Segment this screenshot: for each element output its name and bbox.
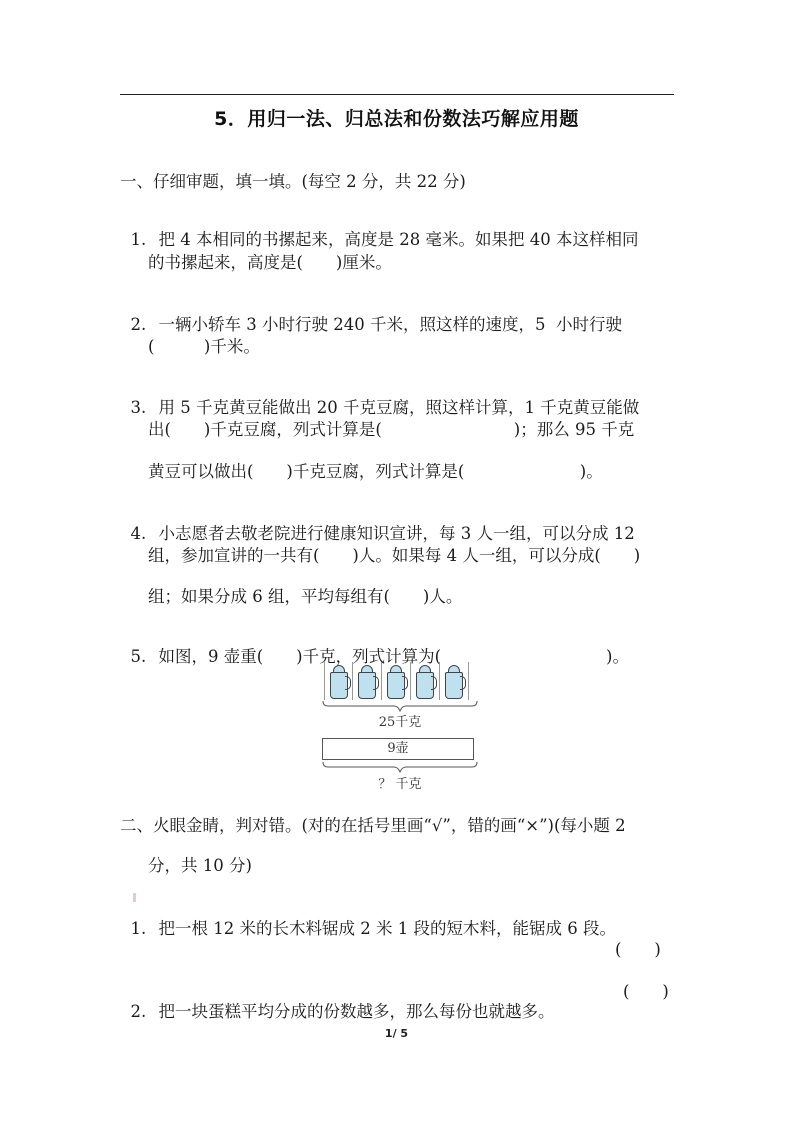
question-4-line-1: 4.小志愿者去敬老院进行健康知识宣讲，每 3 人一组，可以分成 12: [120, 504, 635, 544]
page-indicator: 1/ 5: [0, 1027, 793, 1040]
jug-icon: [382, 662, 411, 700]
unknown-weight-label: ？ 千克: [320, 773, 480, 792]
answer-parens-2[interactable]: ( ): [623, 982, 669, 1002]
question-number: 2.: [131, 1002, 159, 1022]
question-2-line-2[interactable]: ( )千米。: [148, 337, 260, 357]
question-4-line-2[interactable]: 组，参加宣讲的一共有( )人。如果每 4 人一组，可以分成( ): [148, 546, 640, 566]
jugs-figure: 25千克 9壶 ？ 千克: [320, 662, 480, 797]
jug-icon: [324, 662, 353, 700]
question-text: 一辆小轿车 3 小时行驶 240 千米，照这样的速度，5 小时行驶: [159, 315, 622, 334]
question-number: 3.: [131, 398, 159, 418]
section-2-heading: 二、火眼金睛，判对错。(对的在括号里画“√”，错的画“×”)(每小题 2: [120, 816, 626, 836]
judge-question-1: 1.把一根 12 米的长木料锯成 2 米 1 段的短木料，能锯成 6 段。: [120, 899, 616, 939]
nine-jugs-box: 9壶: [322, 738, 474, 760]
question-3-line-1: 3.用 5 千克黄豆能做出 20 千克豆腐，照这样计算，1 千克黄豆能做: [120, 378, 639, 418]
question-1-line-2[interactable]: 的书摞起来，高度是( )厘米。: [148, 253, 392, 273]
question-2-line-1: 2.一辆小轿车 3 小时行驶 240 千米，照这样的速度，5 小时行驶: [120, 295, 622, 335]
judge-question-2: 2.把一块蛋糕平均分成的份数越多，那么每份也就越多。: [120, 982, 555, 1022]
question-4-line-3[interactable]: 组；如果分成 6 组，平均每组有( )人。: [148, 587, 462, 607]
question-text: 把 4 本相同的书摞起来，高度是 28 毫米。如果把 40 本这样相同: [159, 230, 639, 249]
section-2-heading-cont: 分，共 10 分): [148, 856, 252, 876]
question-number: 1.: [131, 230, 159, 250]
section-1-heading: 一、仔细审题，填一填。(每空 2 分，共 22 分): [120, 172, 466, 192]
jug-icon: [411, 662, 440, 700]
question-3-line-2[interactable]: 出( )千克豆腐，列式计算是( )；那么 95 千克: [148, 420, 634, 440]
jug-icon: [440, 662, 469, 700]
question-5-line-1[interactable]: 5.如图，9 壶重( )千克，列式计算为( )。: [120, 627, 629, 667]
jug-icon: [353, 662, 382, 700]
answer-parens-1[interactable]: ( ): [615, 940, 661, 960]
question-text: 把一根 12 米的长木料锯成 2 米 1 段的短木料，能锯成 6 段。: [159, 919, 616, 938]
question-text: 把一块蛋糕平均分成的份数越多，那么每份也就越多。: [159, 1002, 555, 1021]
header-rule: [120, 94, 674, 95]
total-weight-label: 25千克: [320, 711, 480, 730]
brace-bottom-icon: [322, 761, 478, 773]
question-number: 5.: [131, 647, 159, 667]
question-number: 4.: [131, 524, 159, 544]
question-text: 小志愿者去敬老院进行健康知识宣讲，每 3 人一组，可以分成 12: [159, 524, 635, 543]
page-title: 5．用归一法、归总法和份数法巧解应用题: [0, 104, 793, 131]
question-number: 1.: [131, 919, 159, 939]
question-text: 用 5 千克黄豆能做出 20 千克豆腐，照这样计算，1 千克黄豆能做: [159, 398, 640, 417]
question-1-line-1: 1.把 4 本相同的书摞起来，高度是 28 毫米。如果把 40 本这样相同: [120, 210, 638, 250]
question-3-line-3[interactable]: 黄豆可以做出( )千克豆腐，列式计算是( )。: [148, 462, 603, 482]
question-number: 2.: [131, 315, 159, 335]
jug-row: [324, 662, 474, 700]
scan-mark: [133, 893, 136, 902]
